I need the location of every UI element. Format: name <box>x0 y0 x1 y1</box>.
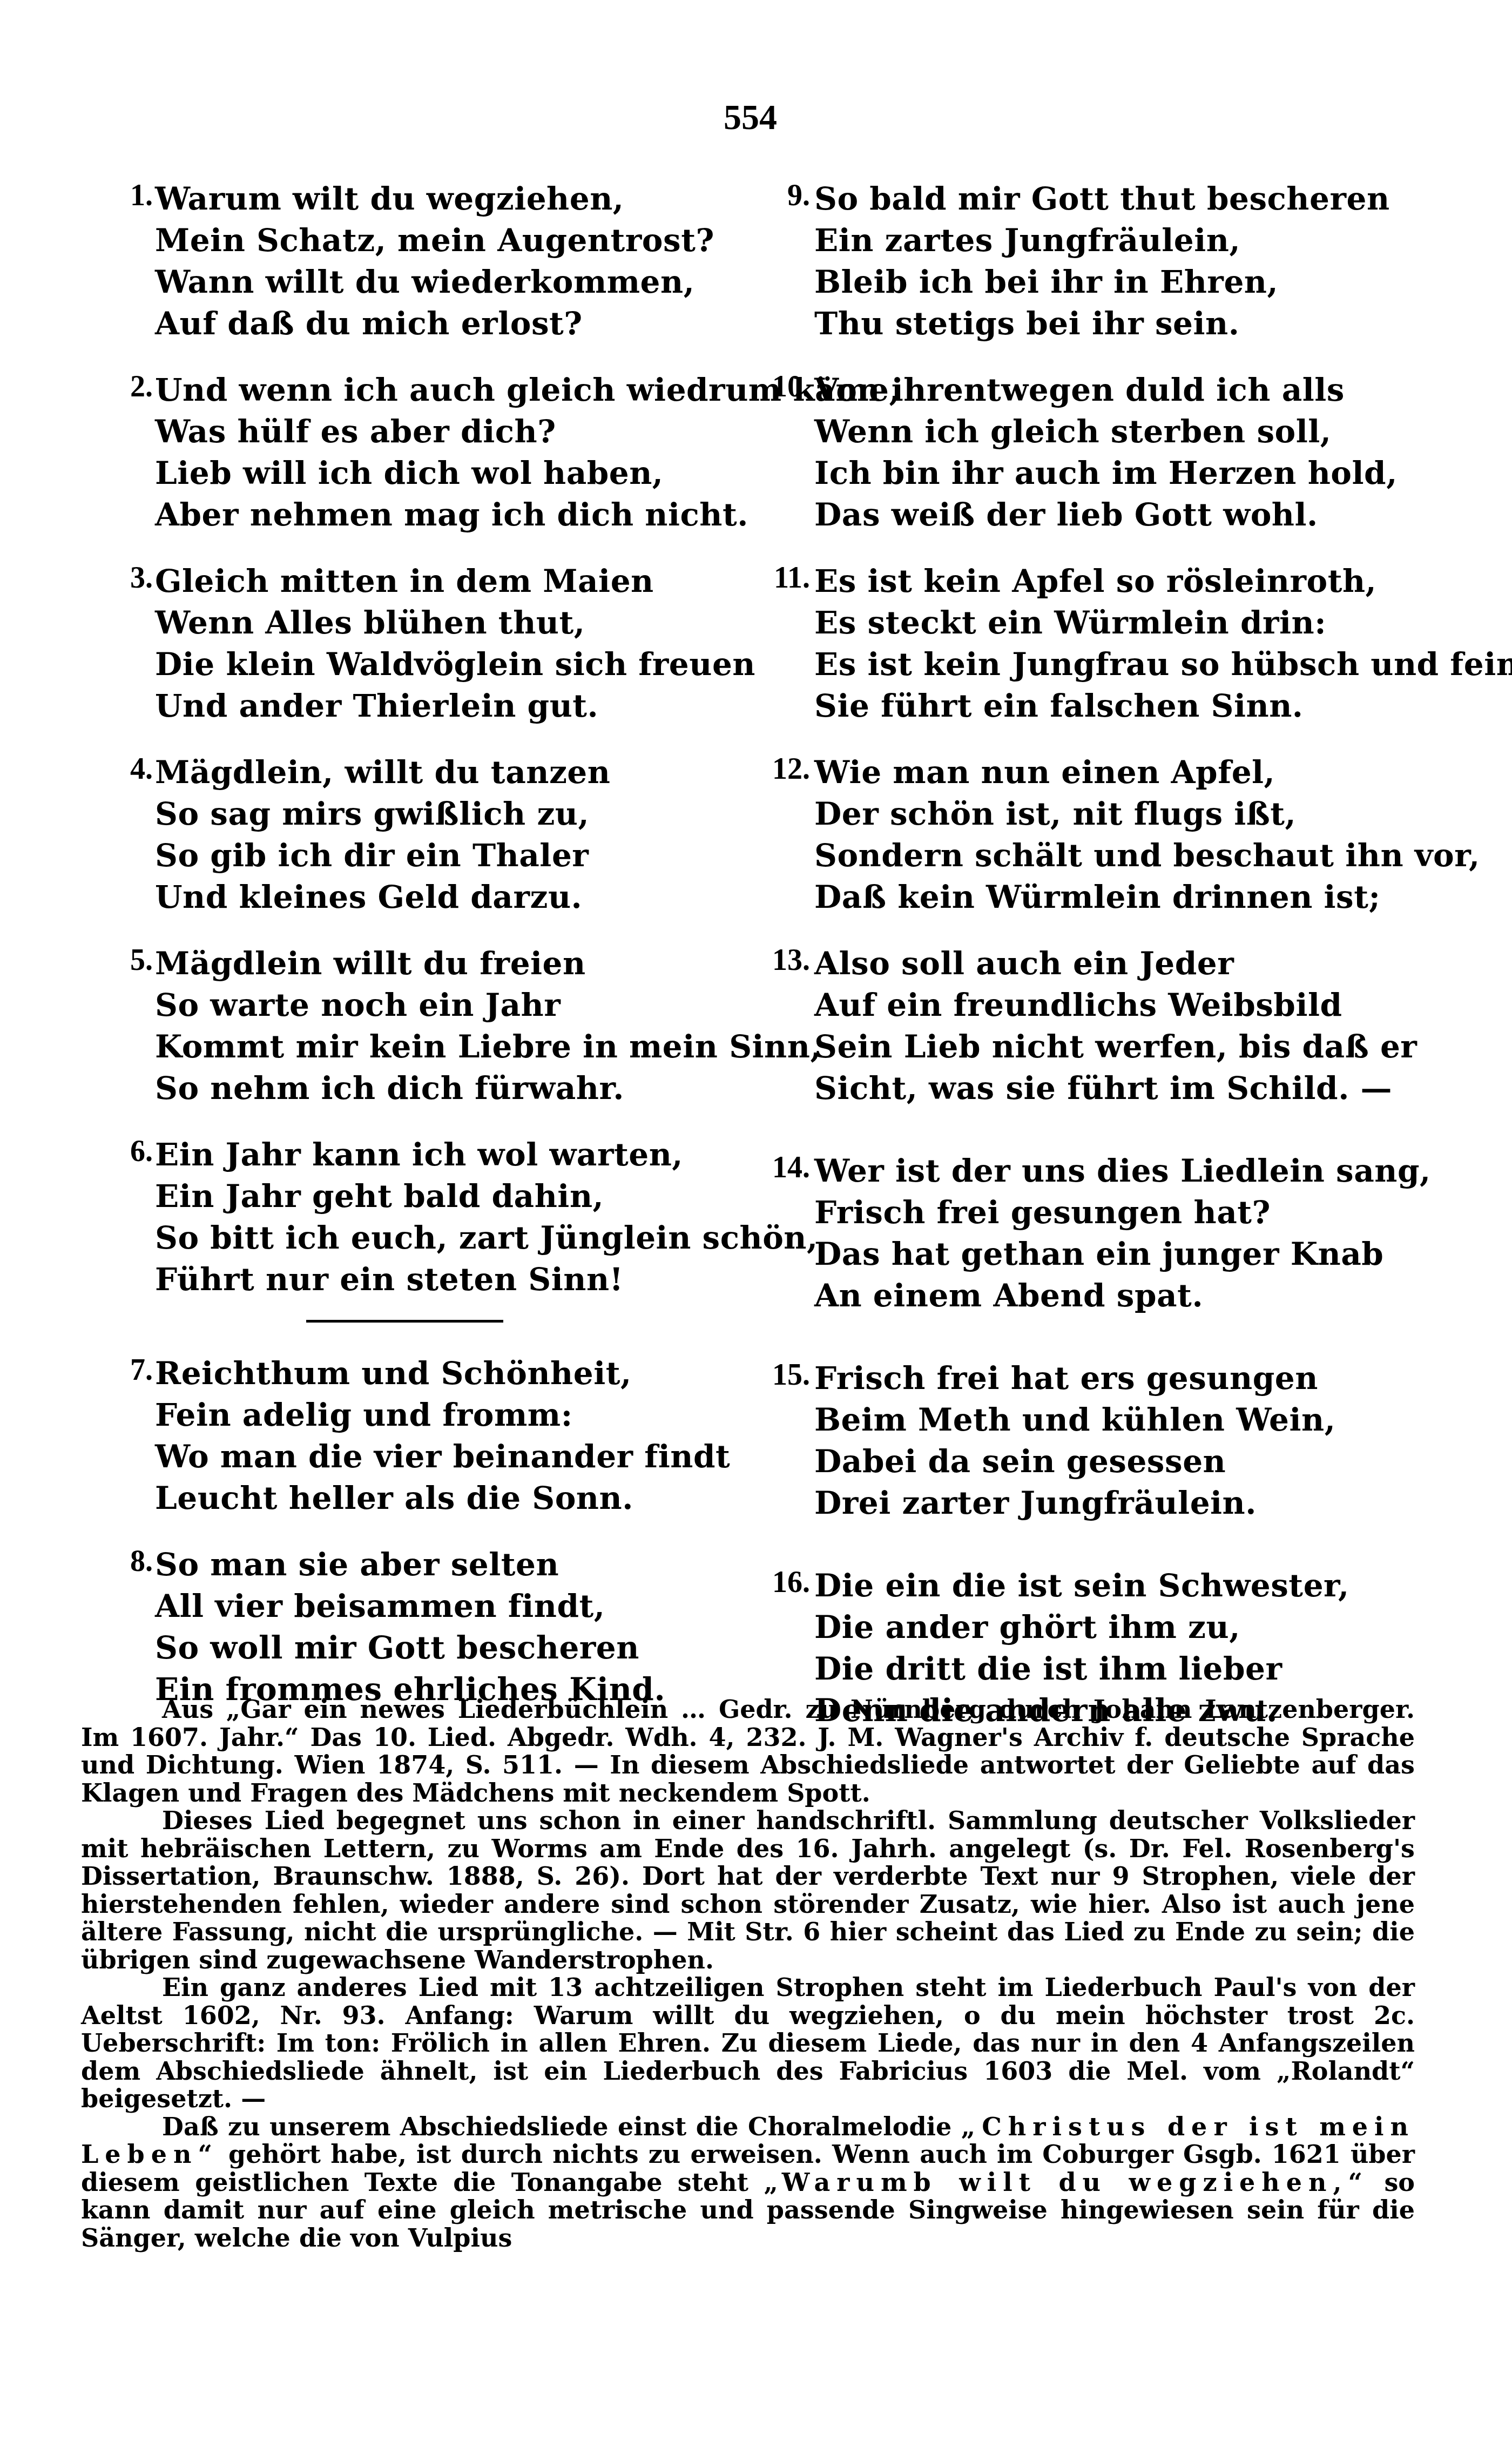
note-paragraph-manuscript: Dieses Lied begegnet uns schon in einer … <box>81 1807 1415 1974</box>
verse-line: Das weiß der lieb Gott wohl. <box>772 494 1453 536</box>
stanza-number: 13. <box>751 943 810 977</box>
verse-line: All vier beisammen findt, <box>111 1586 791 1627</box>
verse-line: Die klein Waldvöglein sich freuen <box>111 644 791 685</box>
stanza-number: 4. <box>111 752 153 786</box>
stanza-number: 15. <box>751 1358 810 1392</box>
stanza-12: 12. Wie man nun einen Apfel, Der schön i… <box>772 752 1453 918</box>
note-paragraph-other-song: Ein ganz anderes Lied mit 13 achtzeilige… <box>81 1974 1415 2113</box>
verse-line: Sondern schält und beschaut ihn vor, <box>772 835 1453 876</box>
verse-line: Sein Lieb nicht werfen, bis daß er <box>772 1026 1453 1068</box>
stanza-4: 4. Mägdlein, willt du tanzen So sag mirs… <box>111 752 791 918</box>
stanza-number: 2. <box>111 369 153 404</box>
verse-line: Es ist kein Apfel so rösleinroth, <box>772 561 1453 602</box>
stanza-number: 1. <box>111 178 153 213</box>
stanza-number: 16. <box>751 1565 810 1600</box>
note-paragraph-melody: Daß zu unserem Abschiedsliede einst die … <box>81 2113 1415 2253</box>
stanza-number: 5. <box>111 943 153 977</box>
verse-line: Thu stetigs bei ihr sein. <box>772 303 1453 345</box>
verse-line: So woll mir Gott bescheren <box>111 1627 791 1669</box>
verse-line: So man sie aber selten <box>111 1544 791 1586</box>
verse-line: Gleich mitten in dem Maien <box>111 561 791 602</box>
stanza-number: 9. <box>751 178 810 213</box>
verse-line: Und wenn ich auch gleich wiedrum käme, <box>111 369 791 411</box>
verse-line: Von ihrentwegen duld ich alls <box>772 369 1453 411</box>
verse-line: Auf ein freundlichs Weibsbild <box>772 984 1453 1026</box>
verse-line: Warum wilt du wegziehen, <box>111 178 791 220</box>
verse-line: Die dritt die ist ihm lieber <box>772 1648 1453 1690</box>
verse-line: Mägdlein willt du freien <box>111 943 791 984</box>
note-paragraph-source: Aus „Gar ein newes Liederbüchlein … Gedr… <box>81 1696 1415 1807</box>
verse-line: Wie man nun einen Apfel, <box>772 752 1453 793</box>
left-column: 1. Warum wilt du wegziehen, Mein Schatz,… <box>111 178 791 1735</box>
spaced-quote: „Warumb wilt du wegziehen,“ <box>764 2168 1369 2197</box>
stanza-14: 14. Wer ist der uns dies Liedlein sang, … <box>772 1150 1453 1317</box>
verse-line: Fein adelig und fromm: <box>111 1394 791 1436</box>
stanza-5: 5. Mägdlein willt du freien So warte noc… <box>111 943 791 1109</box>
commentary-notes: Aus „Gar ein newes Liederbüchlein … Gedr… <box>81 1696 1415 2252</box>
verse-line: Sicht, was sie führt im Schild. — <box>772 1068 1453 1109</box>
verse-line: Die ander ghört ihm zu, <box>772 1607 1453 1648</box>
stanza-number: 10. <box>751 369 810 404</box>
verse-line: Was hülf es aber dich? <box>111 411 791 453</box>
verse-line: Auf daß du mich erlost? <box>111 303 791 345</box>
stanza-2: 2. Und wenn ich auch gleich wiedrum käme… <box>111 369 791 536</box>
section-divider <box>306 1320 503 1323</box>
stanza-9: 9. So bald mir Gott thut bescheren Ein z… <box>772 178 1453 345</box>
verse-line: Ein zartes Jungfräulein, <box>772 220 1453 261</box>
verse-line: Dabei da sein gesessen <box>772 1441 1453 1482</box>
verse-line: Wenn Alles blühen thut, <box>111 602 791 644</box>
stanza-11: 11. Es ist kein Apfel so rösleinroth, Es… <box>772 561 1453 727</box>
verse-line: Wann willt du wiederkommen, <box>111 261 791 303</box>
verse-line: Also soll auch ein Jeder <box>772 943 1453 984</box>
verse-line: So warte noch ein Jahr <box>111 984 791 1026</box>
verse-line: Frisch frei gesungen hat? <box>772 1192 1453 1233</box>
verse-line: Und kleines Geld darzu. <box>111 876 791 918</box>
stanza-number: 11. <box>751 561 810 595</box>
page-number: 554 <box>724 97 777 138</box>
stanza-number: 6. <box>111 1134 153 1169</box>
verse-line: Wenn ich gleich sterben soll, <box>772 411 1453 453</box>
verse-line: Führt nur ein steten Sinn! <box>111 1259 791 1300</box>
verse-line: Der schön ist, nit flugs ißt, <box>772 793 1453 835</box>
verse-line: So gib ich dir ein Thaler <box>111 835 791 876</box>
stanza-3: 3. Gleich mitten in dem Maien Wenn Alles… <box>111 561 791 727</box>
verse-line: So bitt ich euch, zart Jünglein schön, <box>111 1217 791 1259</box>
verse-line: Bleib ich bei ihr in Ehren, <box>772 261 1453 303</box>
verse-line: Reichthum und Schönheit, <box>111 1353 791 1394</box>
verse-line: So nehm ich dich fürwahr. <box>111 1068 791 1109</box>
verse-line: Und ander Thierlein gut. <box>111 685 791 727</box>
verse-line: Daß kein Würmlein drinnen ist; <box>772 876 1453 918</box>
stanza-7: 7. Reichthum und Schönheit, Fein adelig … <box>111 1353 791 1519</box>
verse-line: So bald mir Gott thut bescheren <box>772 178 1453 220</box>
verse-line: Drei zarter Jungfräulein. <box>772 1482 1453 1524</box>
verse-line: Es steckt ein Würmlein drin: <box>772 602 1453 644</box>
verse-line: Es ist kein Jungfrau so hübsch und fein, <box>772 644 1453 685</box>
stanza-15: 15. Frisch frei hat ers gesungen Beim Me… <box>772 1358 1453 1524</box>
verse-line: An einem Abend spat. <box>772 1275 1453 1317</box>
stanza-1: 1. Warum wilt du wegziehen, Mein Schatz,… <box>111 178 791 345</box>
verse-line: Ein Jahr geht bald dahin, <box>111 1176 791 1217</box>
stanza-10: 10. Von ihrentwegen duld ich alls Wenn i… <box>772 369 1453 536</box>
verse-line: Frisch frei hat ers gesungen <box>772 1358 1453 1399</box>
stanza-number: 3. <box>111 561 153 595</box>
stanza-8: 8. So man sie aber selten All vier beisa… <box>111 1544 791 1710</box>
verse-line: Ich bin ihr auch im Herzen hold, <box>772 453 1453 494</box>
verse-line: Kommt mir kein Liebre in mein Sinn, <box>111 1026 791 1068</box>
verse-line: Mägdlein, willt du tanzen <box>111 752 791 793</box>
verse-line: Lieb will ich dich wol haben, <box>111 453 791 494</box>
verse-line: Mein Schatz, mein Augentrost? <box>111 220 791 261</box>
verse-line: Das hat gethan ein junger Knab <box>772 1233 1453 1275</box>
verse-line: Ein Jahr kann ich wol warten, <box>111 1134 791 1176</box>
note-text: Daß zu unserem Abschiedsliede einst die … <box>162 2112 961 2141</box>
verse-line: Leucht heller als die Sonn. <box>111 1478 791 1519</box>
verse-line: Wo man die vier beinander findt <box>111 1436 791 1478</box>
right-column: 9. So bald mir Gott thut bescheren Ein z… <box>772 178 1453 1756</box>
stanza-number: 7. <box>111 1353 153 1387</box>
stanza-number: 14. <box>751 1150 810 1185</box>
verse-line: Die ein die ist sein Schwester, <box>772 1565 1453 1607</box>
stanza-13: 13. Also soll auch ein Jeder Auf ein fre… <box>772 943 1453 1109</box>
verse-line: Beim Meth und kühlen Wein, <box>772 1399 1453 1441</box>
stanza-number: 8. <box>111 1544 153 1579</box>
verse-line: So sag mirs gwißlich zu, <box>111 793 791 835</box>
verse-line: Wer ist der uns dies Liedlein sang, <box>772 1150 1453 1192</box>
stanza-number: 12. <box>751 752 810 786</box>
verse-line: Aber nehmen mag ich dich nicht. <box>111 494 791 536</box>
stanza-6: 6. Ein Jahr kann ich wol warten, Ein Jah… <box>111 1134 791 1300</box>
verse-line: Sie führt ein falschen Sinn. <box>772 685 1453 727</box>
